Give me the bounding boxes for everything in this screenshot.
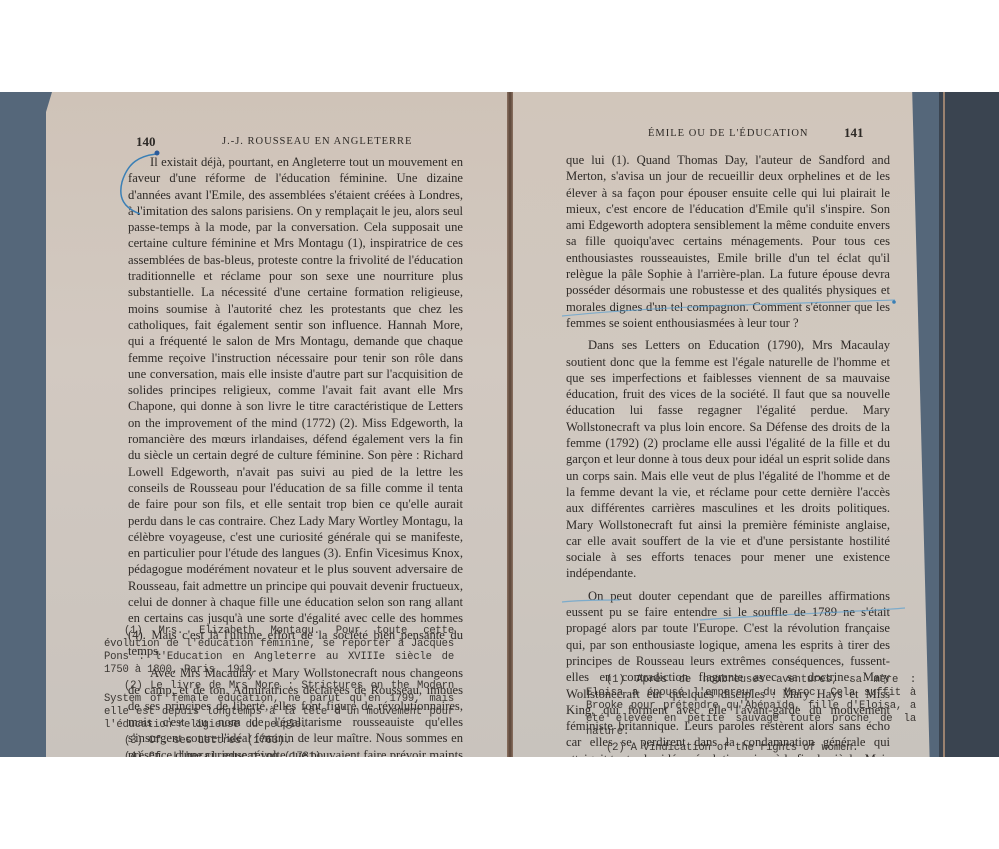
pen-bracket-annotation <box>100 142 160 222</box>
right-page-number: 141 <box>844 125 864 141</box>
right-running-header: ÉMILE OU DE L'ÉDUCATION <box>648 128 809 139</box>
right-page-body: que lui (1). Quand Thomas Day, l'auteur … <box>566 152 890 757</box>
right-footnotes: (1) Après de nombreuses aventures, sa mè… <box>586 674 916 757</box>
pen-underline-annotation-2 <box>560 582 910 622</box>
left-footnote-2: (2) Le livre de Mrs More : Strictures on… <box>104 680 454 732</box>
right-footnote-1: (1) Après de nombreuses aventures, sa mè… <box>586 674 916 739</box>
pen-underline-annotation <box>560 292 900 322</box>
left-footnote-3: (3) Cf. ses Lettres (1763). <box>104 735 454 748</box>
left-footnote-4: (4) Cf. Liberal education (1781). <box>104 751 454 757</box>
right-footnote-2: (2) A Vindication of the rights of women… <box>586 742 916 755</box>
page-edge <box>943 92 945 757</box>
book-gutter <box>507 92 513 757</box>
left-footnote-1: (1) Mrs. Elizabeth Montagu. Pour toute c… <box>104 625 454 677</box>
dark-background <box>939 92 999 757</box>
left-paragraph-1: Il existait déjà, pourtant, en Angleterr… <box>128 154 463 659</box>
right-paragraph-2: Dans ses Letters on Education (1790), Mr… <box>566 337 890 581</box>
left-footnotes: (1) Mrs. Elizabeth Montagu. Pour toute c… <box>104 625 454 757</box>
book-photo: 140 J.-J. ROUSSEAU EN ANGLETERRE Il exis… <box>0 92 999 757</box>
left-running-header: J.-J. ROUSSEAU EN ANGLETERRE <box>222 136 412 147</box>
